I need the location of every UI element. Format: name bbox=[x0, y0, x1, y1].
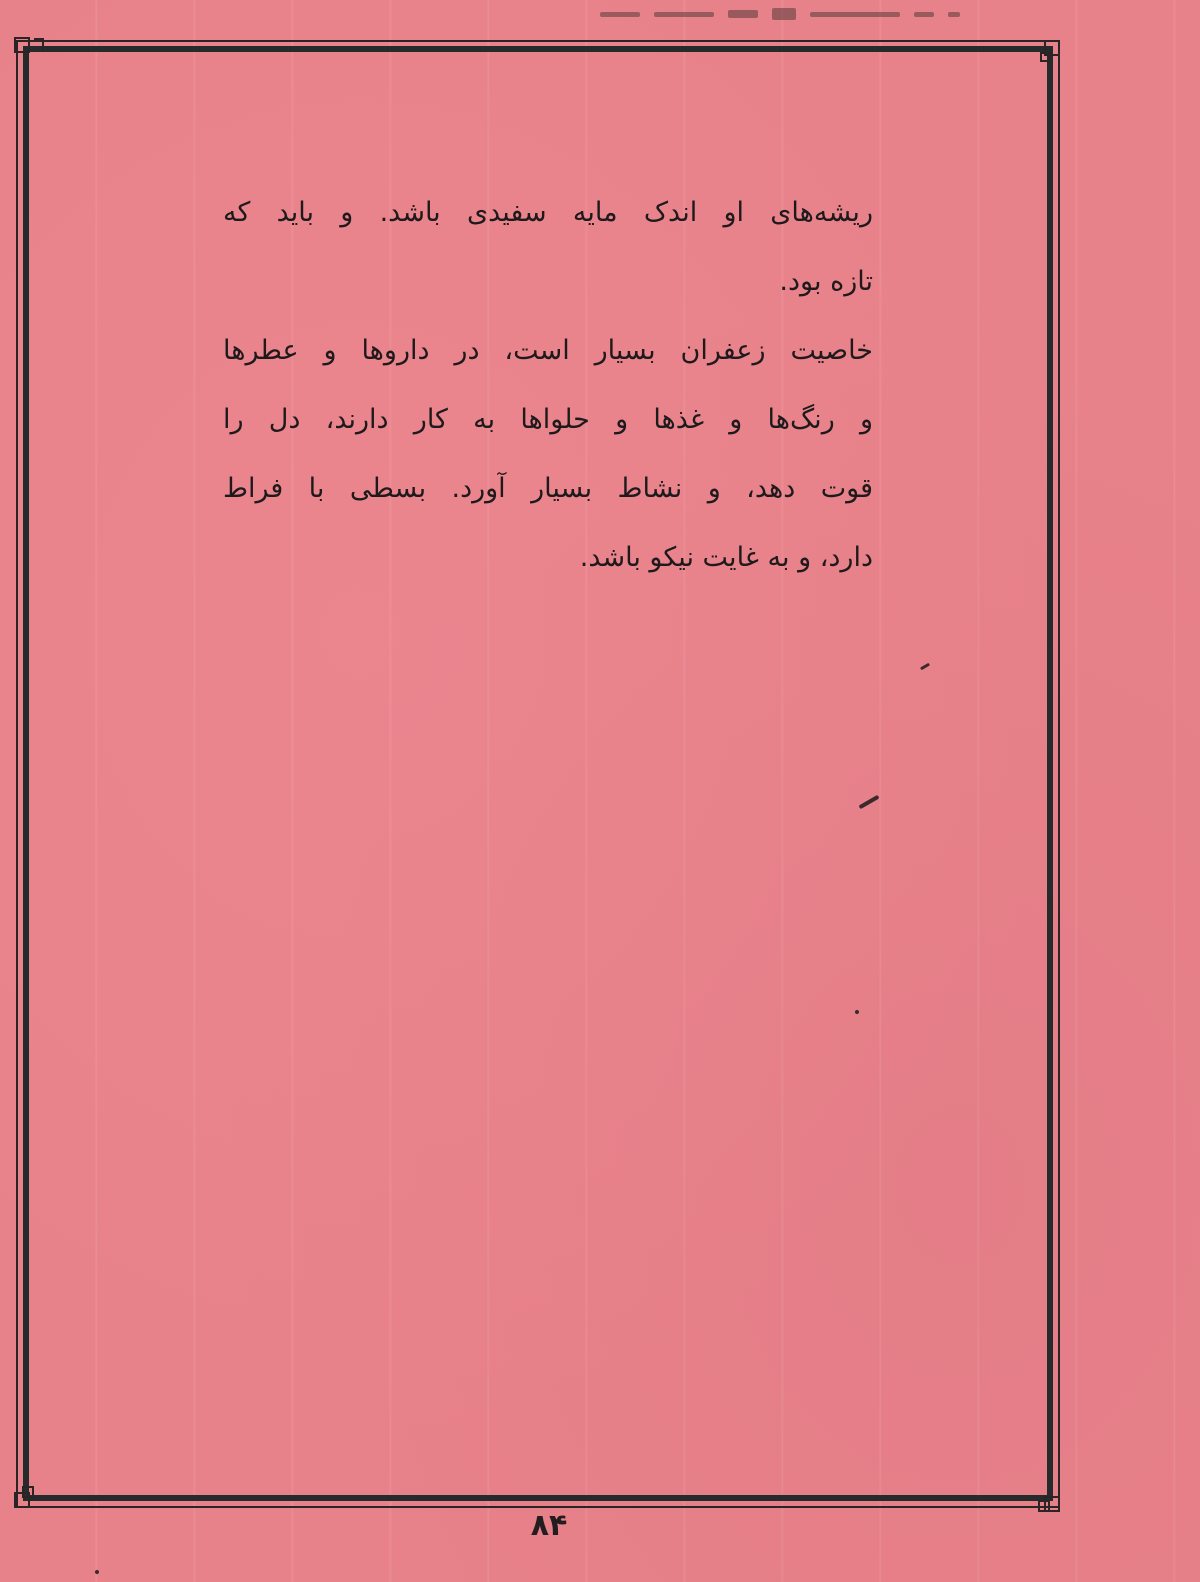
text-line: ریشه‌های او اندک مایه سفیدی باشد. و باید… bbox=[223, 178, 873, 247]
corner-ornament-bottom-right-inner bbox=[1038, 1500, 1050, 1512]
text-line: تازه بود. bbox=[223, 247, 873, 316]
text-line: دارد، و به غایت نیکو باشد. bbox=[223, 523, 873, 592]
text-line: قوت دهد، و نشاط بسیار آورد. بسطی با فراط bbox=[223, 454, 873, 523]
body-text: ریشه‌های او اندک مایه سفیدی باشد. و باید… bbox=[223, 178, 873, 592]
corner-ornament-top-left-inner bbox=[34, 38, 44, 52]
bleed-through-text bbox=[600, 8, 1000, 20]
ink-speck bbox=[94, 1569, 99, 1574]
text-line: خاصیت زعفران بسیار است، در داروها و عطره… bbox=[223, 316, 873, 385]
corner-ornament-bottom-left-inner bbox=[22, 1486, 34, 1498]
corner-ornament-top-right-inner bbox=[1040, 52, 1050, 62]
corner-ornament-top-left bbox=[14, 37, 30, 53]
text-line: و رنگ‌ها و غذها و حلواها به کار دارند، د… bbox=[223, 385, 873, 454]
page-number: ۸۴ bbox=[519, 1508, 579, 1543]
